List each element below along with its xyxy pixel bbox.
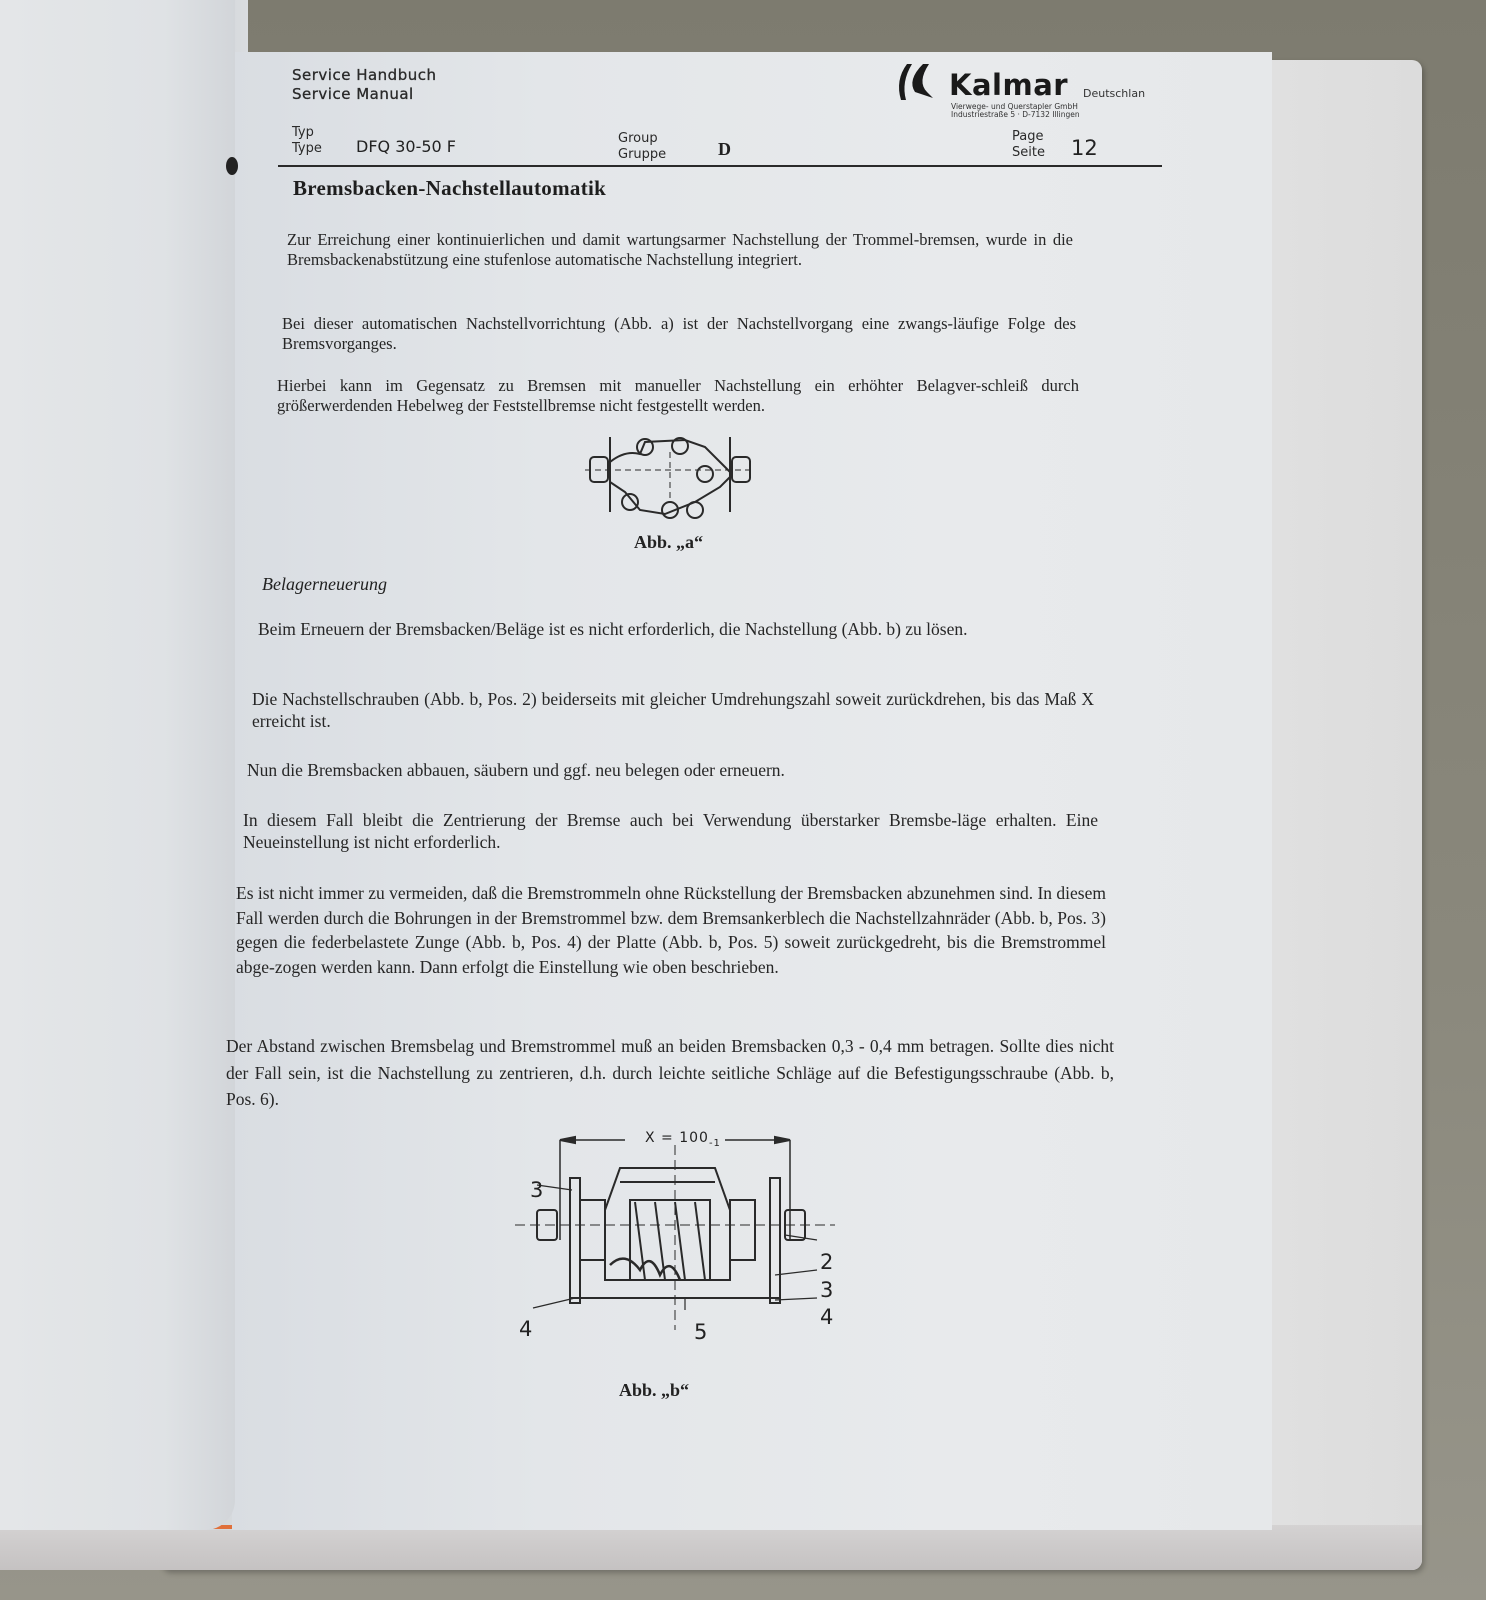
callout-4-right: 4 (820, 1305, 833, 1329)
callout-3-right: 3 (820, 1278, 833, 1302)
paragraph: Der Abstand zwischen Bremsbelag und Brem… (226, 1033, 1114, 1113)
callout-3-left: 3 (530, 1178, 543, 1202)
group-label: Group Gruppe (618, 131, 666, 163)
callout-5: 5 (694, 1320, 707, 1344)
page-label-de: Seite (1012, 145, 1045, 161)
type-value: DFQ 30-50 F (356, 137, 456, 156)
paragraph: Hierbei kann im Gegensatz zu Bremsen mit… (277, 376, 1079, 416)
page-number: 12 (1071, 136, 1098, 160)
paragraph: Es ist nicht immer zu vermeiden, daß die… (236, 881, 1106, 979)
type-label: Typ Type (292, 125, 322, 157)
group-label-en: Group (618, 131, 666, 147)
left-turned-page (0, 0, 235, 1530)
paragraph: Bei dieser automatischen Nachstellvorric… (282, 314, 1076, 354)
manual-title-en: Service Manual (292, 85, 437, 104)
logo-address: Industriestraße 5 · D-7132 Illingen (951, 110, 1080, 119)
manual-title-block: Service Handbuch Service Manual (292, 66, 437, 104)
binder-bottom-edge (0, 1525, 1422, 1570)
paragraph: Die Nachstellschrauben (Abb. b, Pos. 2) … (252, 688, 1094, 732)
type-label-de: Typ (292, 125, 322, 141)
paragraph: In diesem Fall bleibt die Zentrierung de… (243, 809, 1098, 853)
figure-a-drawing (585, 432, 755, 532)
paragraph: Zur Erreichung einer kontinuierlichen un… (287, 230, 1073, 270)
manual-title-de: Service Handbuch (292, 66, 437, 85)
paragraph: Nun die Bremsbacken abbauen, säubern und… (247, 759, 1089, 781)
dimension-value: X = 100 (645, 1130, 709, 1146)
figure-a-caption: Abb. „a“ (634, 532, 703, 553)
dimension-label: X = 100-1 (645, 1130, 721, 1149)
binder-hole (226, 157, 238, 175)
subheading: Belagerneuerung (262, 574, 387, 595)
section-title: Bremsbacken-Nachstellautomatik (293, 176, 606, 201)
type-label-en: Type (292, 141, 322, 157)
page-label: Page Seite (1012, 129, 1045, 161)
group-value: D (718, 139, 731, 160)
paragraph: Beim Erneuern der Bremsbacken/Beläge ist… (258, 618, 1090, 640)
callout-4-left: 4 (519, 1317, 532, 1341)
page-label-en: Page (1012, 129, 1045, 145)
figure-b-drawing (515, 1130, 835, 1340)
header-rule (278, 165, 1162, 167)
group-label-de: Gruppe (618, 147, 666, 163)
logo-name: Kalmar (949, 68, 1068, 102)
callout-2: 2 (820, 1250, 833, 1274)
kalmar-logo-icon (893, 62, 948, 102)
figure-b-caption: Abb. „b“ (619, 1380, 689, 1401)
logo-country: Deutschlan (1083, 87, 1145, 100)
dimension-tolerance: -1 (709, 1138, 721, 1149)
